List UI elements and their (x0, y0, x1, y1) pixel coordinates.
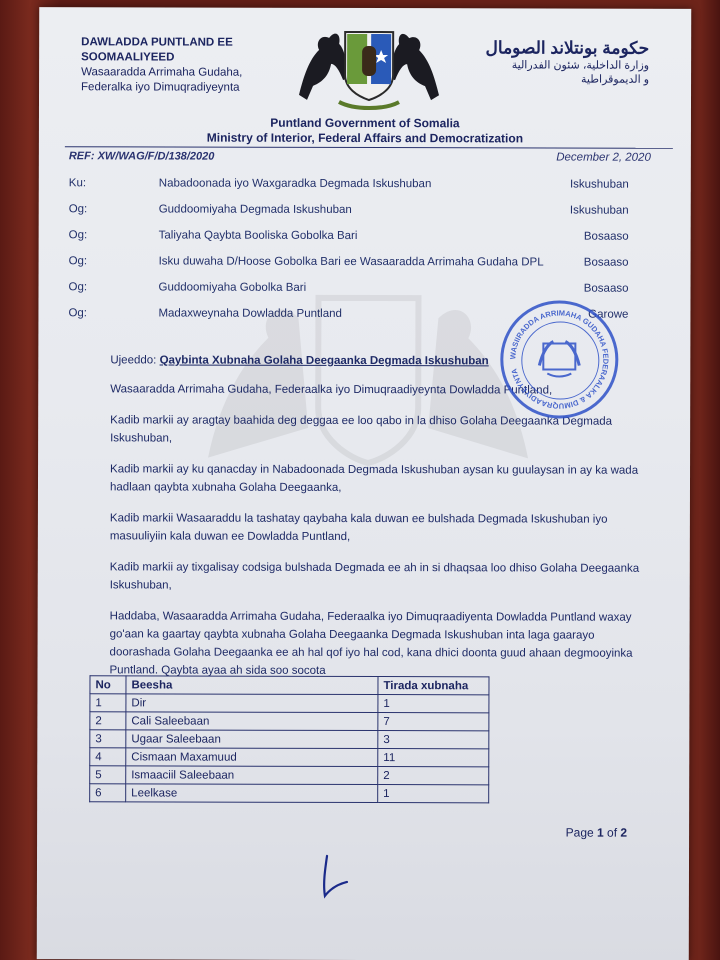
header-left-line: Federalka iyo Dimuqradiyeynta (81, 80, 242, 95)
ministry-stamp: WASIIRADDA ARRIMAHA GUDAHA FEDERAALKA & … (500, 300, 618, 418)
clan-allocation-table: No Beesha Tirada xubnaha 1Dir1 2Cali Sal… (89, 675, 489, 803)
recipient-place: Bosaaso (584, 257, 629, 269)
header-right-arabic: حكومة بونتلاند الصومال وزارة الداخلية، ش… (485, 38, 649, 86)
ministry-title: Puntland Government of Somalia Ministry … (39, 115, 691, 147)
table-cell: 5 (90, 766, 126, 784)
table-row: 5Ismaaciil Saleebaan2 (90, 766, 489, 785)
ministry-name: Ministry of Interior, Federal Affairs an… (39, 130, 691, 147)
government-name: Puntland Government of Somalia (39, 115, 691, 132)
table-cell: Cali Saleebaan (126, 712, 378, 731)
header-left: DAWLADDA PUNTLAND EE SOOMAALIYEED Wasaar… (81, 35, 242, 95)
page-number: Page 1 of 2 (566, 826, 627, 840)
body-paragraph: Kadib markii Wasaaraddu la tashatay qayb… (110, 509, 655, 546)
recipient-place: Iskushuban (570, 205, 629, 217)
table-row: 6Leelkase1 (90, 784, 489, 803)
header-left-line: Wasaaradda Arrimaha Gudaha, (81, 65, 242, 80)
letter-body: Wasaaradda Arrimaha Gudaha, Federaalka i… (109, 380, 655, 693)
table-cell: Ismaaciil Saleebaan (126, 766, 378, 785)
table-cell: 11 (378, 749, 489, 767)
header-left-line: DAWLADDA PUNTLAND EE (81, 35, 242, 50)
column-header: Tirada xubnaha (378, 677, 489, 695)
table-cell: 3 (378, 731, 489, 749)
recipient-key: Og: (69, 203, 88, 215)
table-cell: 3 (90, 730, 126, 748)
header-arabic-title: حكومة بونتلاند الصومال (486, 38, 650, 58)
recipient-name: Guddoomiyaha Degmada Iskushuban (159, 203, 352, 216)
table-cell: 2 (378, 767, 489, 785)
recipient-key: Ku: (69, 177, 86, 189)
recipient-row: Og:Guddoomiyaha Degmada IskushubanIskush… (69, 203, 629, 230)
subject-text: Qaybinta Xubnaha Golaha Deegaanka Degmad… (160, 354, 489, 367)
letter-page: DAWLADDA PUNTLAND EE SOOMAALIYEED Wasaar… (37, 7, 691, 960)
reference-number: REF: XW/WAG/F/D/138/2020 (69, 150, 215, 162)
body-paragraph: Kadib markii ay ku qanacday in Nabadoona… (110, 460, 655, 497)
body-paragraph: Haddaba, Wasaaradda Arrimaha Gudaha, Fed… (109, 607, 654, 680)
table-header-row: No Beesha Tirada xubnaha (90, 676, 489, 695)
recipient-key: Og: (68, 307, 87, 319)
table-cell: Cismaan Maxamuud (126, 748, 378, 767)
recipient-name: Isku duwaha D/Hoose Gobolka Bari ee Wasa… (159, 255, 544, 268)
table-cell: 6 (90, 784, 126, 802)
table-cell: 2 (90, 712, 126, 730)
body-paragraph: Kadib markii ay aragtay baahida deg degg… (110, 411, 655, 448)
subject-label: Ujeeddo: (110, 354, 156, 366)
table-cell: 1 (378, 785, 489, 803)
header-left-line: SOOMAALIYEED (81, 50, 242, 65)
header-arabic-line: وزارة الداخلية، شئون الفدرالية (485, 58, 649, 72)
table-row: 4Cismaan Maxamuud11 (90, 748, 489, 767)
recipient-key: Og: (68, 281, 87, 293)
page-mid: of (604, 826, 621, 840)
recipient-row: Og:Taliyaha Qaybta Booliska Gobolka Bari… (69, 229, 629, 256)
header-arabic-line: و الديموقراطية (485, 72, 649, 86)
signature-mark-icon (313, 850, 353, 900)
table-cell: 1 (90, 694, 126, 712)
coat-of-arms-icon (289, 20, 449, 115)
subject-line: Ujeeddo: Qaybinta Xubnaha Golaha Deegaan… (110, 354, 488, 367)
recipient-place: Iskushuban (570, 179, 629, 191)
table-cell: 7 (378, 713, 489, 731)
stamp-inner-ring (521, 321, 599, 399)
table-cell: 4 (90, 748, 126, 766)
header-divider (65, 146, 673, 149)
letter-date: December 2, 2020 (556, 152, 651, 164)
recipient-key: Og: (69, 255, 88, 267)
column-header: No (90, 676, 126, 694)
page-total: 2 (620, 826, 627, 840)
column-header: Beesha (126, 676, 378, 695)
table-row: 1Dir1 (90, 694, 489, 713)
table-cell: Ugaar Saleebaan (126, 730, 378, 749)
recipient-row: Ku:Nabadoonada iyo Waxgaradka Degmada Is… (69, 177, 629, 204)
table-row: 2Cali Saleebaan7 (90, 712, 489, 731)
table-cell: Leelkase (126, 784, 378, 803)
table-cell: Dir (126, 694, 378, 713)
page-prefix: Page (566, 826, 597, 840)
recipient-name: Taliyaha Qaybta Booliska Gobolka Bari (159, 229, 358, 242)
recipient-place: Bosaaso (584, 231, 629, 243)
body-paragraph: Kadib markii ay tixgalisay codsiga bulsh… (110, 558, 655, 595)
table-row: 3Ugaar Saleebaan3 (90, 730, 489, 749)
table-cell: 1 (378, 695, 489, 713)
recipient-place: Bosaaso (584, 283, 629, 295)
recipient-name: Nabadoonada iyo Waxgaradka Degmada Iskus… (159, 177, 432, 190)
recipient-key: Og: (69, 229, 88, 241)
recipient-row: Og:Isku duwaha D/Hoose Gobolka Bari ee W… (69, 255, 629, 282)
